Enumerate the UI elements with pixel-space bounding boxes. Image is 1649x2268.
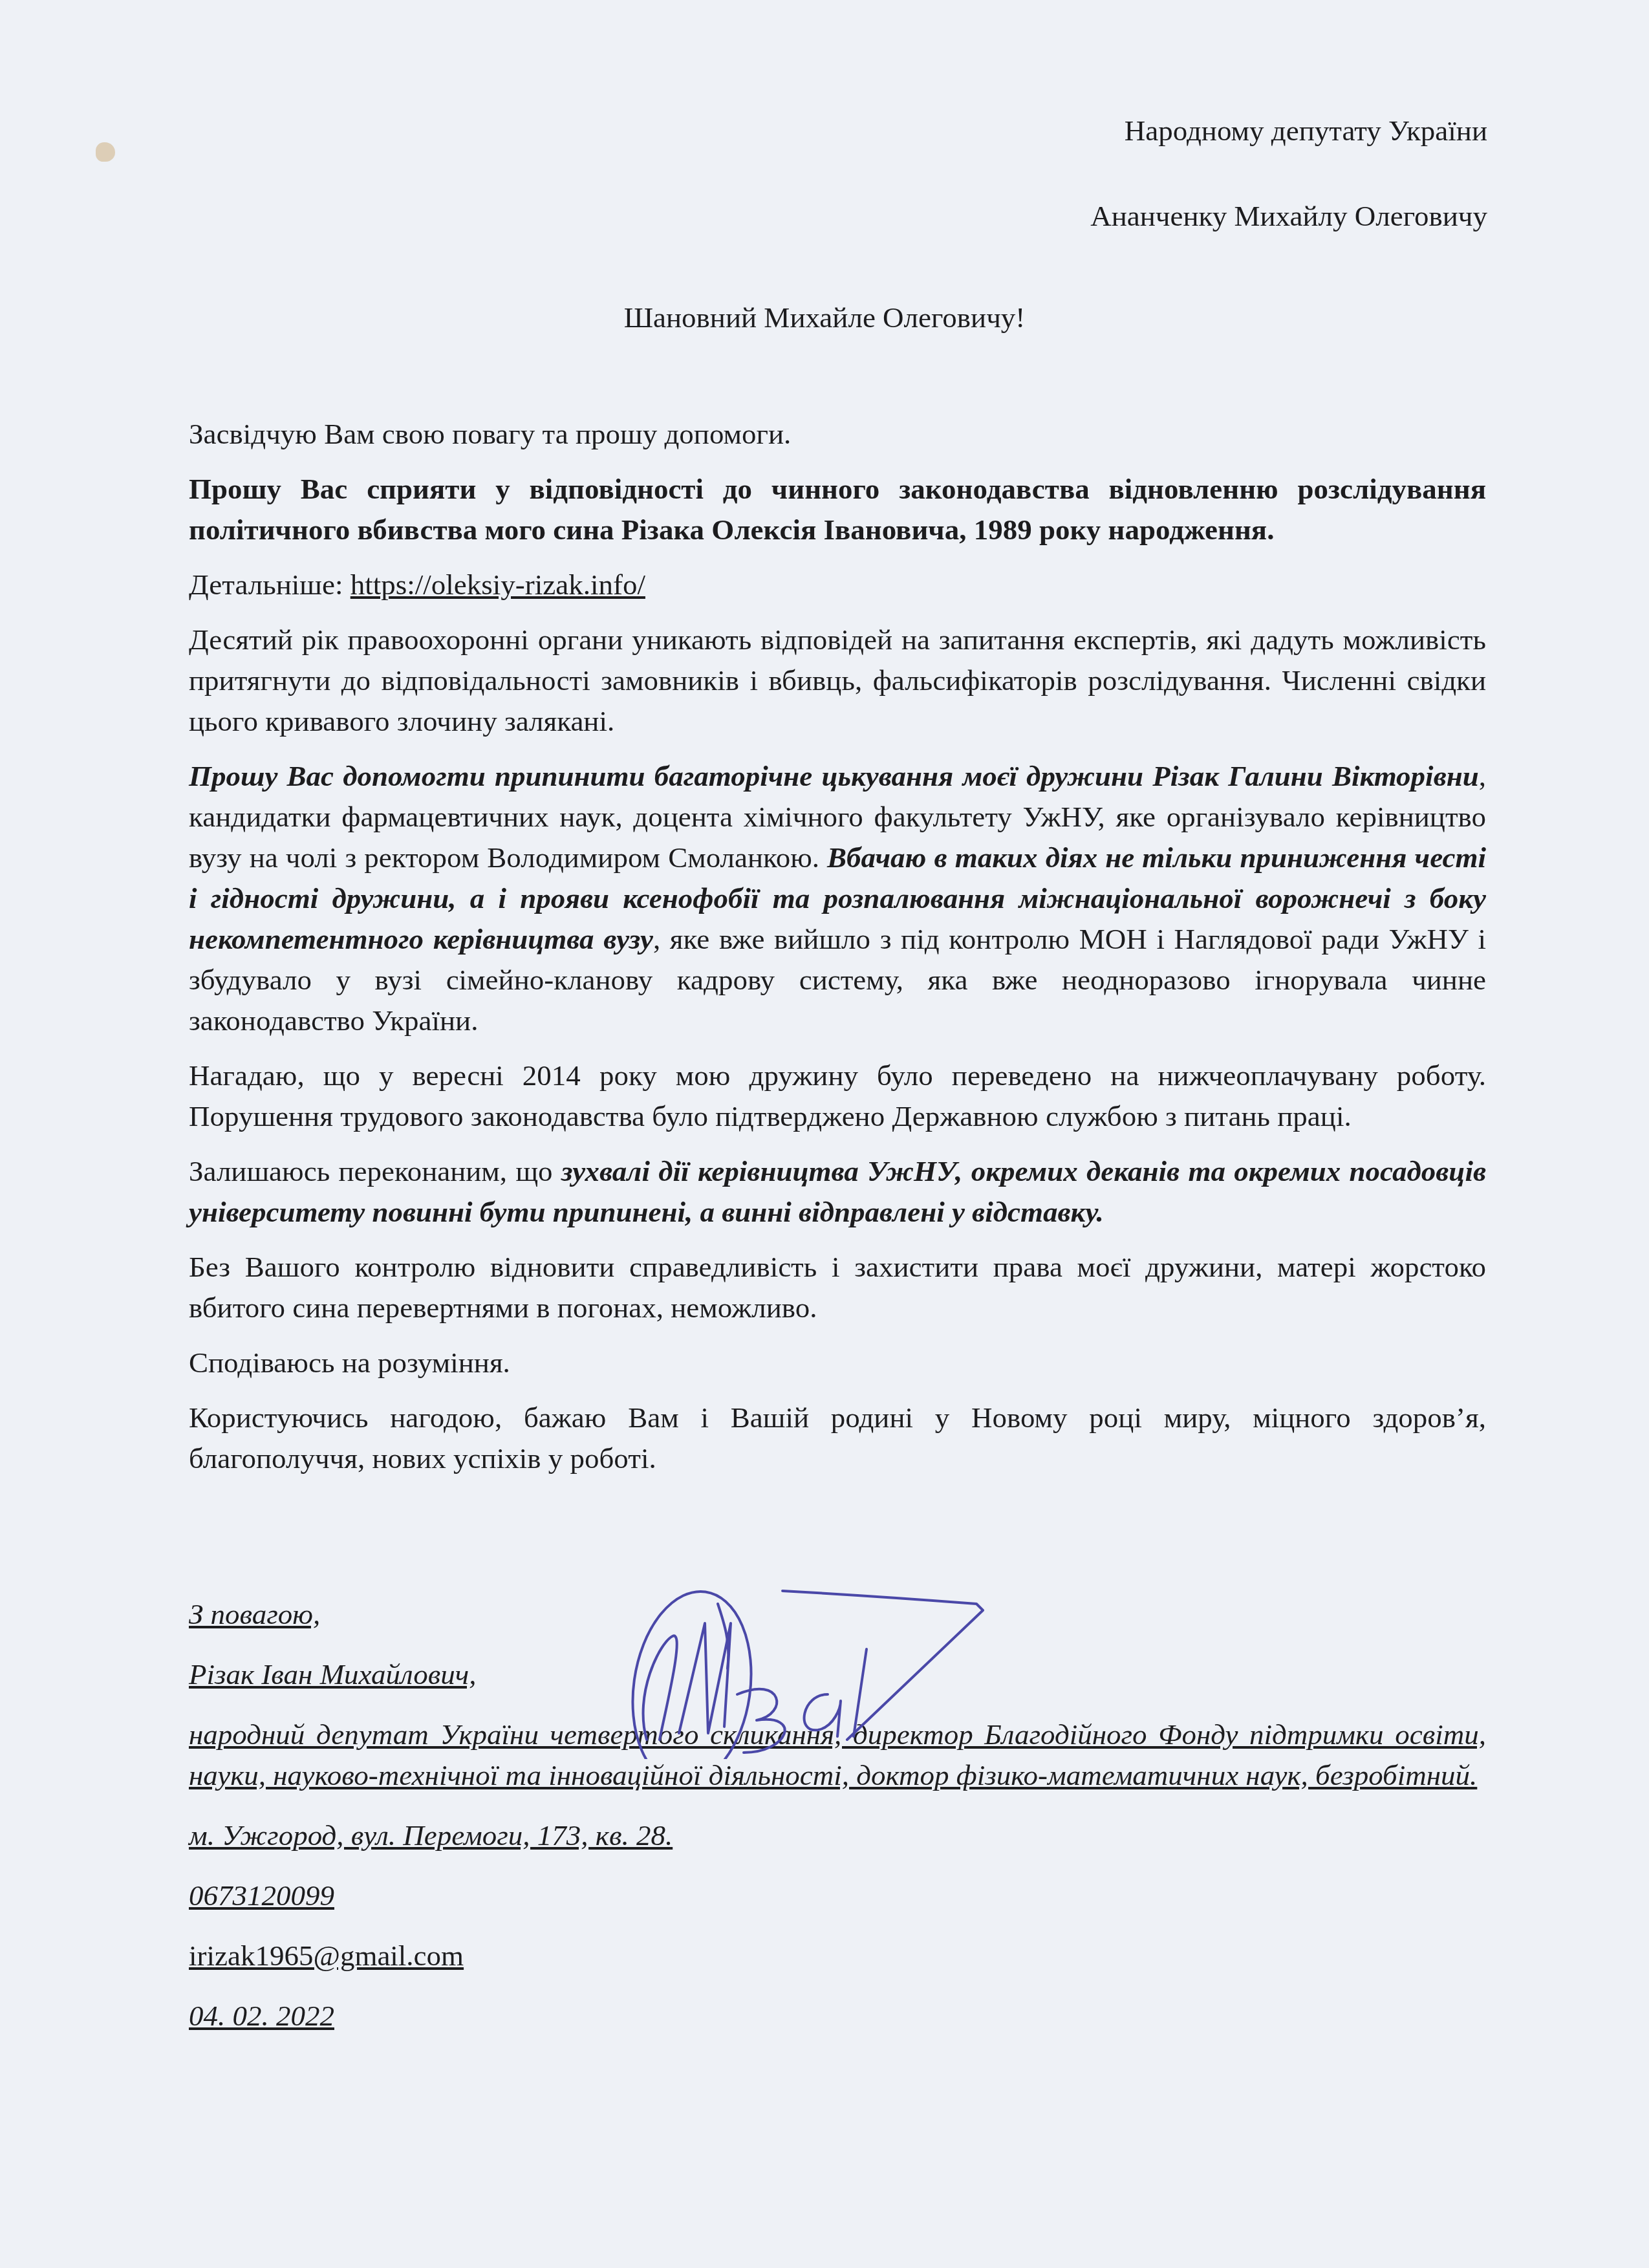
paragraph-control: Без Вашого контролю відновити справедлив…	[189, 1247, 1486, 1328]
addressee-block: Народному депутату України Ананченку Мих…	[1090, 116, 1487, 287]
details-label: Детальніше:	[189, 568, 350, 601]
signer-phone: 0673120099	[189, 1875, 1486, 1916]
paragraph-greeting: Засвідчую Вам свою повагу та прошу допом…	[189, 414, 1486, 455]
addressee-line-1: Народному депутату України	[1090, 116, 1487, 146]
addressee-line-2: Ананченку Михайлу Олеговичу	[1090, 202, 1487, 231]
salutation: Шановний Михайле Олеговичу!	[0, 301, 1649, 334]
signer-email[interactable]: irizak1965@gmail.com	[189, 1936, 1486, 1976]
paragraph-request-investigation: Прошу Вас сприяти у відповідності до чин…	[189, 469, 1486, 550]
letter-date: 04. 02. 2022	[189, 1996, 1486, 2036]
paragraph-wishes: Користуючись нагодою, бажаю Вам і Вашій …	[189, 1398, 1486, 1479]
emphasis-text: Прошу Вас допомогти припинити багаторічн…	[189, 760, 1479, 792]
paper-stain	[96, 142, 115, 162]
signer-address: м. Ужгород, вул. Перемоги, 173, кв. 28.	[189, 1815, 1486, 1856]
signature-icon	[569, 1565, 1138, 1759]
paragraph-hope: Сподіваюсь на розуміння.	[189, 1343, 1486, 1383]
body-text: Залишаюсь переконаним, що	[189, 1155, 561, 1187]
paragraph-law-enforcement: Десятий рік правоохоронні органи уникают…	[189, 620, 1486, 742]
paragraph-reminder: Нагадаю, що у вересні 2014 року мою друж…	[189, 1055, 1486, 1137]
details-link[interactable]: https://oleksiy-rizak.info/	[350, 568, 645, 601]
paragraph-wife-harassment: Прошу Вас допомогти припинити багаторічн…	[189, 756, 1486, 1041]
letter-page: Народному депутату України Ананченку Мих…	[0, 0, 1649, 2268]
paragraph-details: Детальніше: https://oleksiy-rizak.info/	[189, 565, 1486, 605]
paragraph-conviction: Залишаюсь переконаним, що зухвалі дії ке…	[189, 1151, 1486, 1233]
letter-body: Засвідчую Вам свою повагу та прошу допом…	[189, 414, 1486, 1493]
